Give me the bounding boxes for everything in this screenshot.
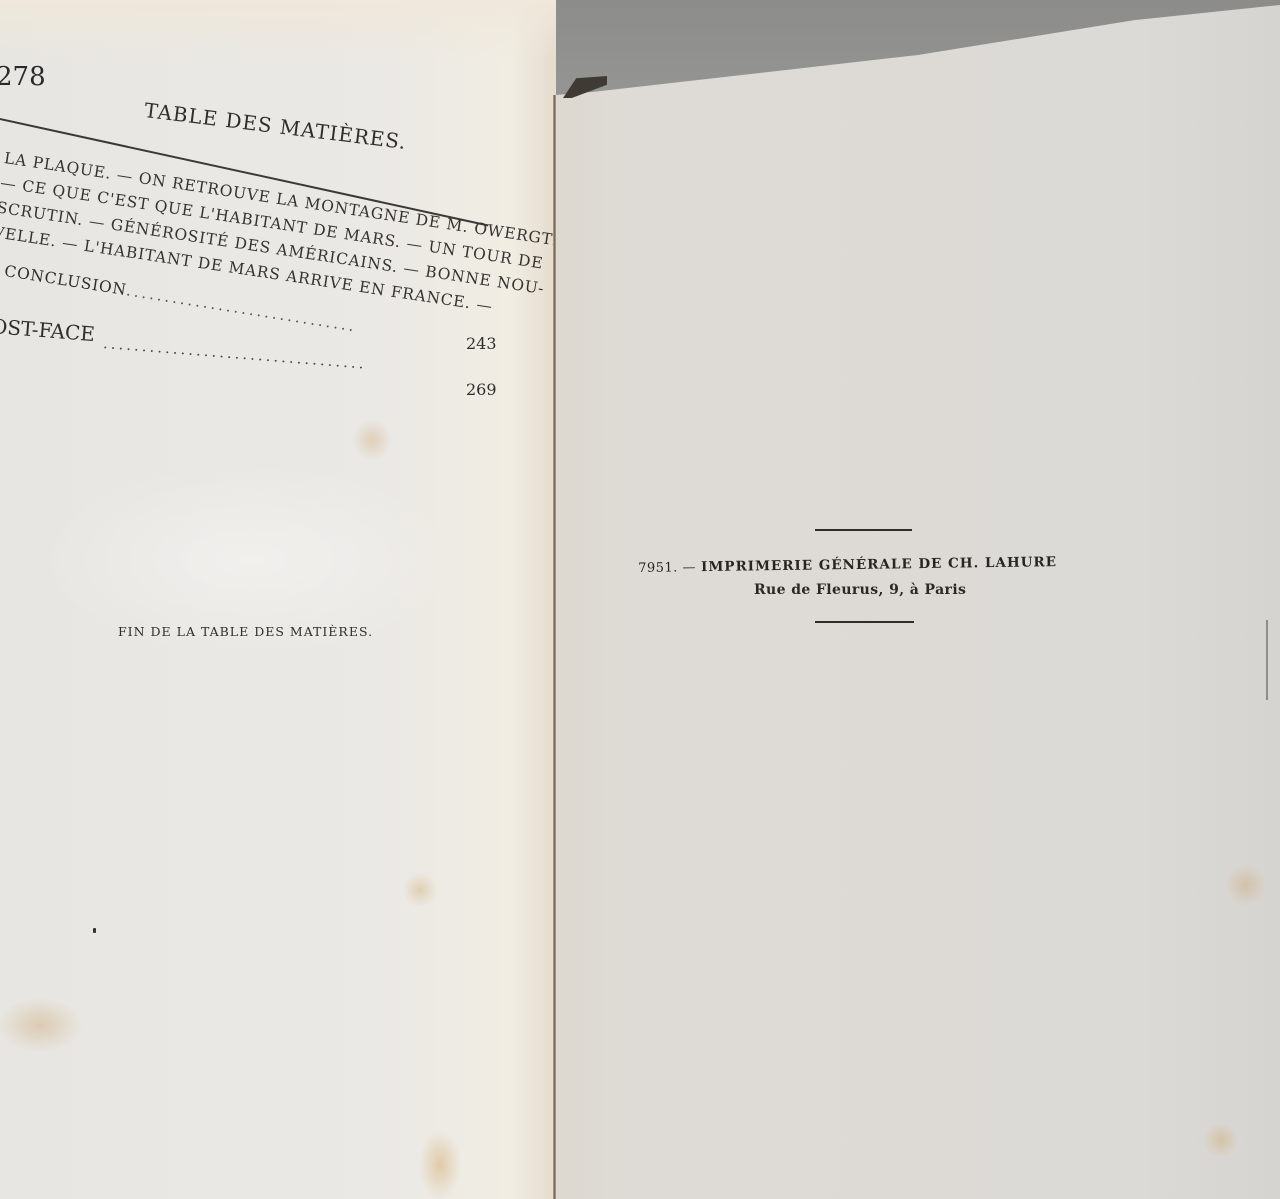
colophon-rule-top (815, 529, 912, 531)
entry-label: CONCLUSION (3, 262, 128, 299)
ink-speck (93, 928, 96, 933)
colophon-rule-bottom (815, 621, 914, 623)
left-page: 278 TABLE DES MATIÈRES. LA PLAQUE. — ON … (0, 0, 556, 1199)
page-edge-mark (1266, 620, 1268, 700)
right-page (556, 0, 1280, 1199)
entry-page-number: 243 (466, 334, 497, 353)
running-head: TABLE DES MATIÈRES. (143, 98, 408, 154)
leader-dots: .................................. (103, 334, 368, 373)
colophon-address: Rue de Fleurus, 9, à Paris (754, 582, 966, 598)
toc-entry-postface: OST-FACE (0, 314, 96, 346)
entry-page-number: 269 (466, 380, 497, 399)
book-gutter (553, 95, 556, 1199)
entry-label: OST-FACE (0, 314, 96, 346)
end-of-table-note: FIN DE LA TABLE DES MATIÈRES. (118, 624, 373, 639)
colophon-number: 7951. — (638, 560, 696, 576)
page-number: 278 (0, 62, 46, 92)
